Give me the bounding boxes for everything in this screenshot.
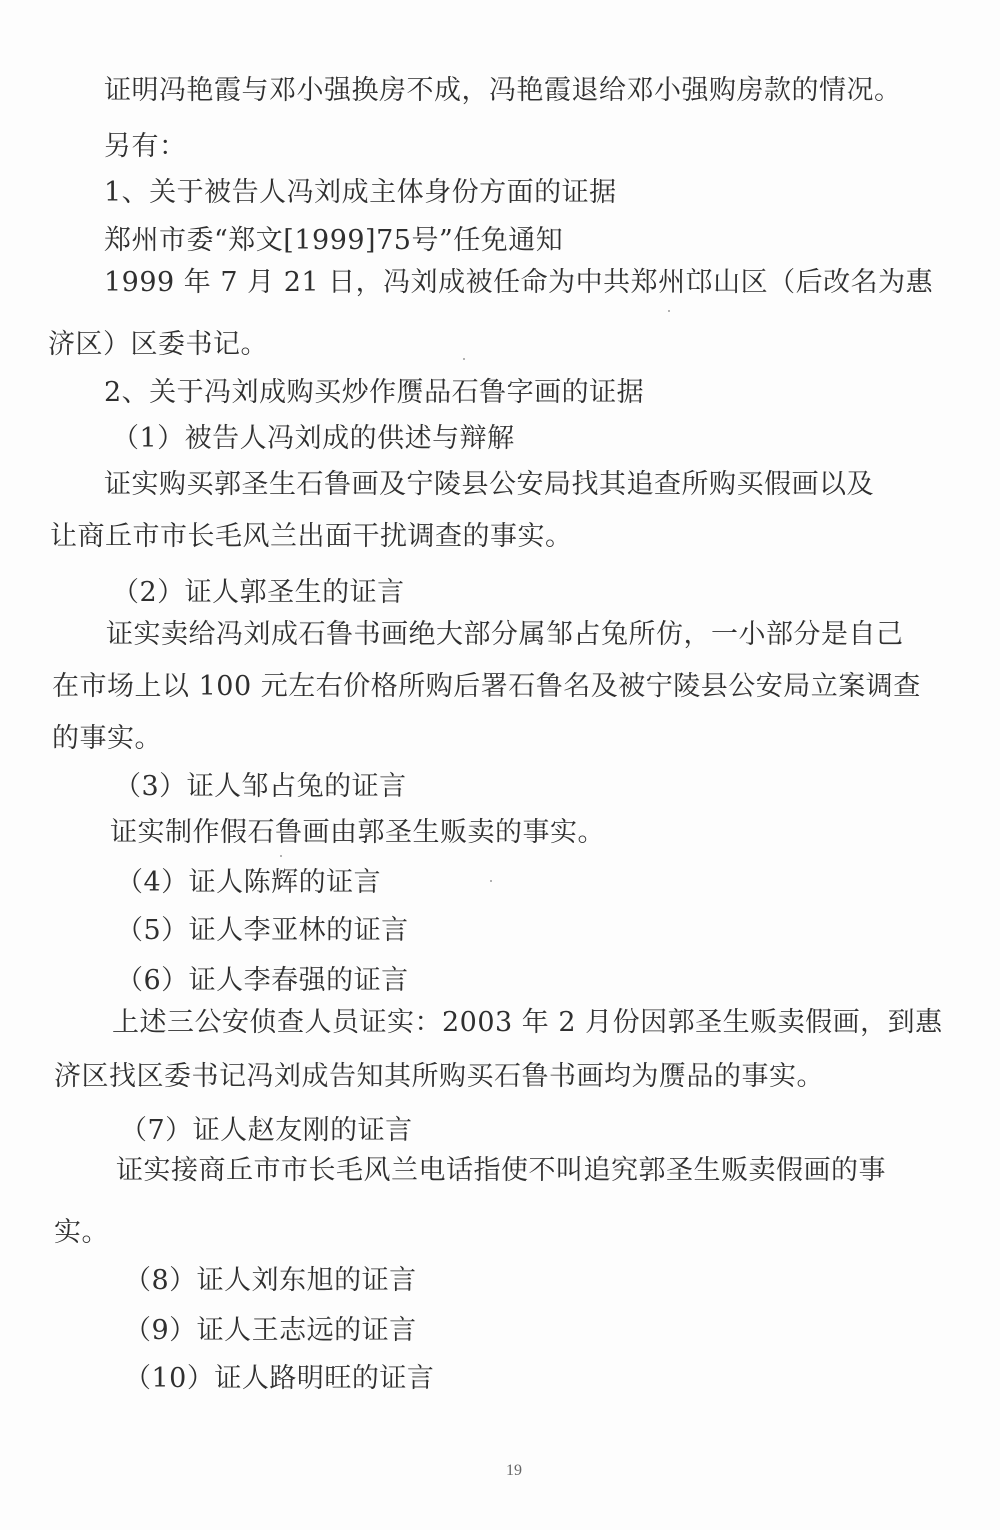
evidence-item: （6）证人李春强的证言 (116, 964, 409, 998)
scan-speck (668, 310, 670, 312)
evidence-item: （3）证人邹占兔的证言 (114, 770, 407, 804)
section-heading: 1、关于被告人冯刘成主体身份方面的证据 (104, 176, 617, 210)
evidence-item: （7）证人赵友刚的证言 (120, 1114, 413, 1148)
evidence-item: （10）证人路明旺的证言 (124, 1362, 434, 1396)
text-line: 证明冯艳霞与邓小强换房不成，冯艳霞退给邓小强购房款的情况。 (104, 74, 902, 108)
text-line: 证实接商丘市市长毛风兰电话指使不叫追究郭圣生贩卖假画的事 (116, 1154, 886, 1188)
evidence-item: （4）证人陈辉的证言 (116, 866, 381, 900)
text-line: 的事实。 (52, 722, 162, 756)
scan-speck (290, 1163, 292, 1165)
page-number: 19 (506, 1462, 522, 1480)
text-line: 证实卖给冯刘成石鲁书画绝大部分属邹占兔所仿，一小部分是自己 (106, 618, 904, 652)
text-line: 证实购买郭圣生石鲁画及宁陵县公安局找其追查所购买假画以及 (104, 468, 874, 502)
text-line: 济区找区委书记冯刘成告知其所购买石鲁书画均为赝品的事实。 (54, 1060, 824, 1094)
text-line: 另有： (104, 130, 187, 164)
evidence-item: （5）证人李亚林的证言 (116, 914, 409, 948)
evidence-item: （2）证人郭圣生的证言 (112, 576, 405, 610)
text-line: 上述三公安侦查人员证实：2003 年 2 月份因郭圣生贩卖假画，到惠 (112, 1006, 943, 1040)
text-line: 让商丘市市长毛风兰出面干扰调查的事实。 (50, 520, 573, 554)
scan-speck (490, 880, 492, 882)
text-line: 在市场上以 100 元左右价格所购后署石鲁名及被宁陵县公安局立案调查 (52, 670, 921, 704)
evidence-item: （8）证人刘东旭的证言 (124, 1264, 417, 1298)
evidence-item: （9）证人王志远的证言 (124, 1314, 417, 1348)
text-line: 证实制作假石鲁画由郭圣生贩卖的事实。 (110, 816, 605, 850)
section-heading: 2、关于冯刘成购买炒作赝品石鲁字画的证据 (104, 376, 644, 410)
evidence-item: （1）被告人冯刘成的供述与辩解 (112, 422, 515, 456)
scan-speck (280, 855, 282, 857)
scan-speck (463, 358, 465, 360)
text-line: 郑州市委“郑文[1999]75号”任免通知 (104, 224, 563, 258)
document-page: 证明冯艳霞与邓小强换房不成，冯艳霞退给邓小强购房款的情况。 另有： 1、关于被告… (0, 0, 1000, 1530)
text-line: 实。 (54, 1216, 109, 1250)
text-line: 济区）区委书记。 (48, 328, 268, 362)
text-line: 1999 年 7 月 21 日，冯刘成被任命为中共郑州邙山区（后改名为惠 (104, 266, 933, 300)
